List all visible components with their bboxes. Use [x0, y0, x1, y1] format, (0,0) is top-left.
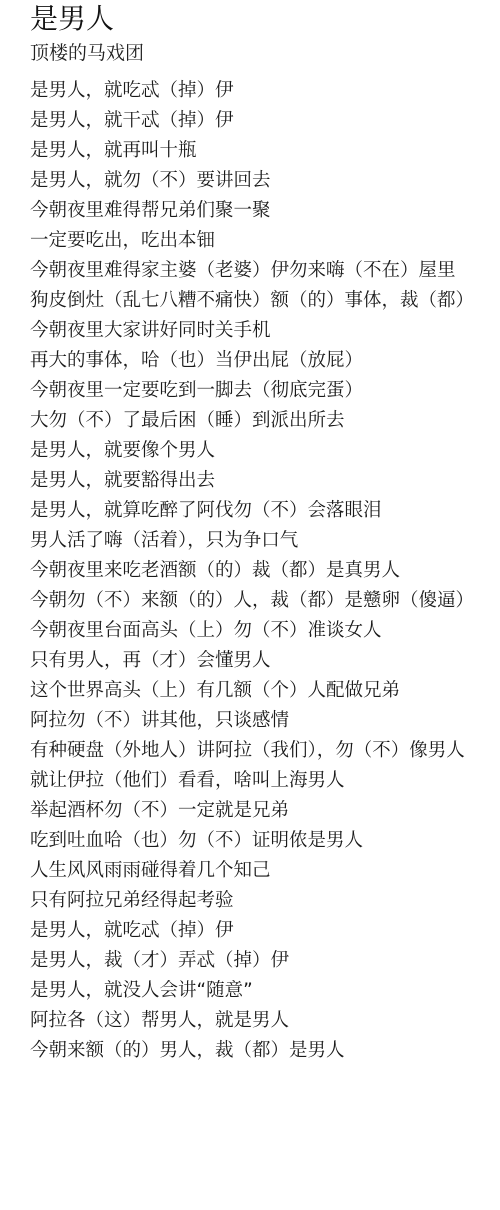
- lyric-line: 是男人，就勿（不）要讲回去: [30, 166, 500, 196]
- lyric-line: 再大的事体，哈（也）当伊出屁（放屁）: [30, 346, 500, 376]
- lyric-line: 今朝勿（不）来额（的）人，裁（都）是戆卵（傻逼）: [30, 586, 500, 616]
- lyric-line: 今朝夜里台面高头（上）勿（不）准谈女人: [30, 616, 500, 646]
- lyric-line: 是男人，就没人会讲“随意”: [30, 976, 500, 1006]
- lyric-line: 今朝夜里难得帮兄弟们聚一聚: [30, 196, 500, 226]
- lyric-line: 是男人，就吃忒（掉）伊: [30, 916, 500, 946]
- lyric-line: 今朝夜里难得家主婆（老婆）伊勿来嗨（不在）屋里: [30, 256, 500, 286]
- song-title: 是男人: [30, 0, 500, 38]
- lyric-line: 有种硬盘（外地人）讲阿拉（我们），勿（不）像男人: [30, 736, 500, 766]
- lyric-line: 今朝来额（的）男人，裁（都）是男人: [30, 1036, 500, 1066]
- lyric-line: 只有男人，再（才）会懂男人: [30, 646, 500, 676]
- lyric-line: 是男人，就吃忒（掉）伊: [30, 76, 500, 106]
- lyric-line: 今朝夜里大家讲好同时关手机: [30, 316, 500, 346]
- lyric-line: 只有阿拉兄弟经得起考验: [30, 886, 500, 916]
- lyric-line: 是男人，就要像个男人: [30, 436, 500, 466]
- lyric-line: 阿拉勿（不）讲其他，只谈感情: [30, 706, 500, 736]
- lyric-line: 今朝夜里一定要吃到一脚去（彻底完蛋）: [30, 376, 500, 406]
- lyric-line: 人生风风雨雨碰得着几个知己: [30, 856, 500, 886]
- lyric-line: 狗皮倒灶（乱七八糟不痛快）额（的）事体，裁（都）: [30, 286, 500, 316]
- lyric-line: 是男人，就要豁得出去: [30, 466, 500, 496]
- lyric-line: 举起酒杯勿（不）一定就是兄弟: [30, 796, 500, 826]
- lyrics-page: 是男人 顶楼的马戏团 是男人，就吃忒（掉）伊 是男人，就干忒（掉）伊 是男人，就…: [30, 0, 500, 1066]
- lyric-line: 是男人，就算吃醉了阿伐勿（不）会落眼泪: [30, 496, 500, 526]
- lyric-line: 今朝夜里来吃老酒额（的）裁（都）是真男人: [30, 556, 500, 586]
- lyric-line: 男人活了嗨（活着），只为争口气: [30, 526, 500, 556]
- lyric-line: 是男人，裁（才）弄忒（掉）伊: [30, 946, 500, 976]
- lyric-line: 就让伊拉（他们）看看，啥叫上海男人: [30, 766, 500, 796]
- lyric-line: 阿拉各（这）帮男人，就是男人: [30, 1006, 500, 1036]
- lyrics-list: 是男人，就吃忒（掉）伊 是男人，就干忒（掉）伊 是男人，就再叫十瓶 是男人，就勿…: [30, 76, 500, 1066]
- song-artist: 顶楼的马戏团: [30, 38, 500, 68]
- lyric-line: 是男人，就再叫十瓶: [30, 136, 500, 166]
- lyric-line: 是男人，就干忒（掉）伊: [30, 106, 500, 136]
- lyric-line: 这个世界高头（上）有几额（个）人配做兄弟: [30, 676, 500, 706]
- lyric-line: 一定要吃出，吃出本钿: [30, 226, 500, 256]
- lyric-line: 吃到吐血哈（也）勿（不）证明侬是男人: [30, 826, 500, 856]
- lyric-line: 大勿（不）了最后困（睡）到派出所去: [30, 406, 500, 436]
